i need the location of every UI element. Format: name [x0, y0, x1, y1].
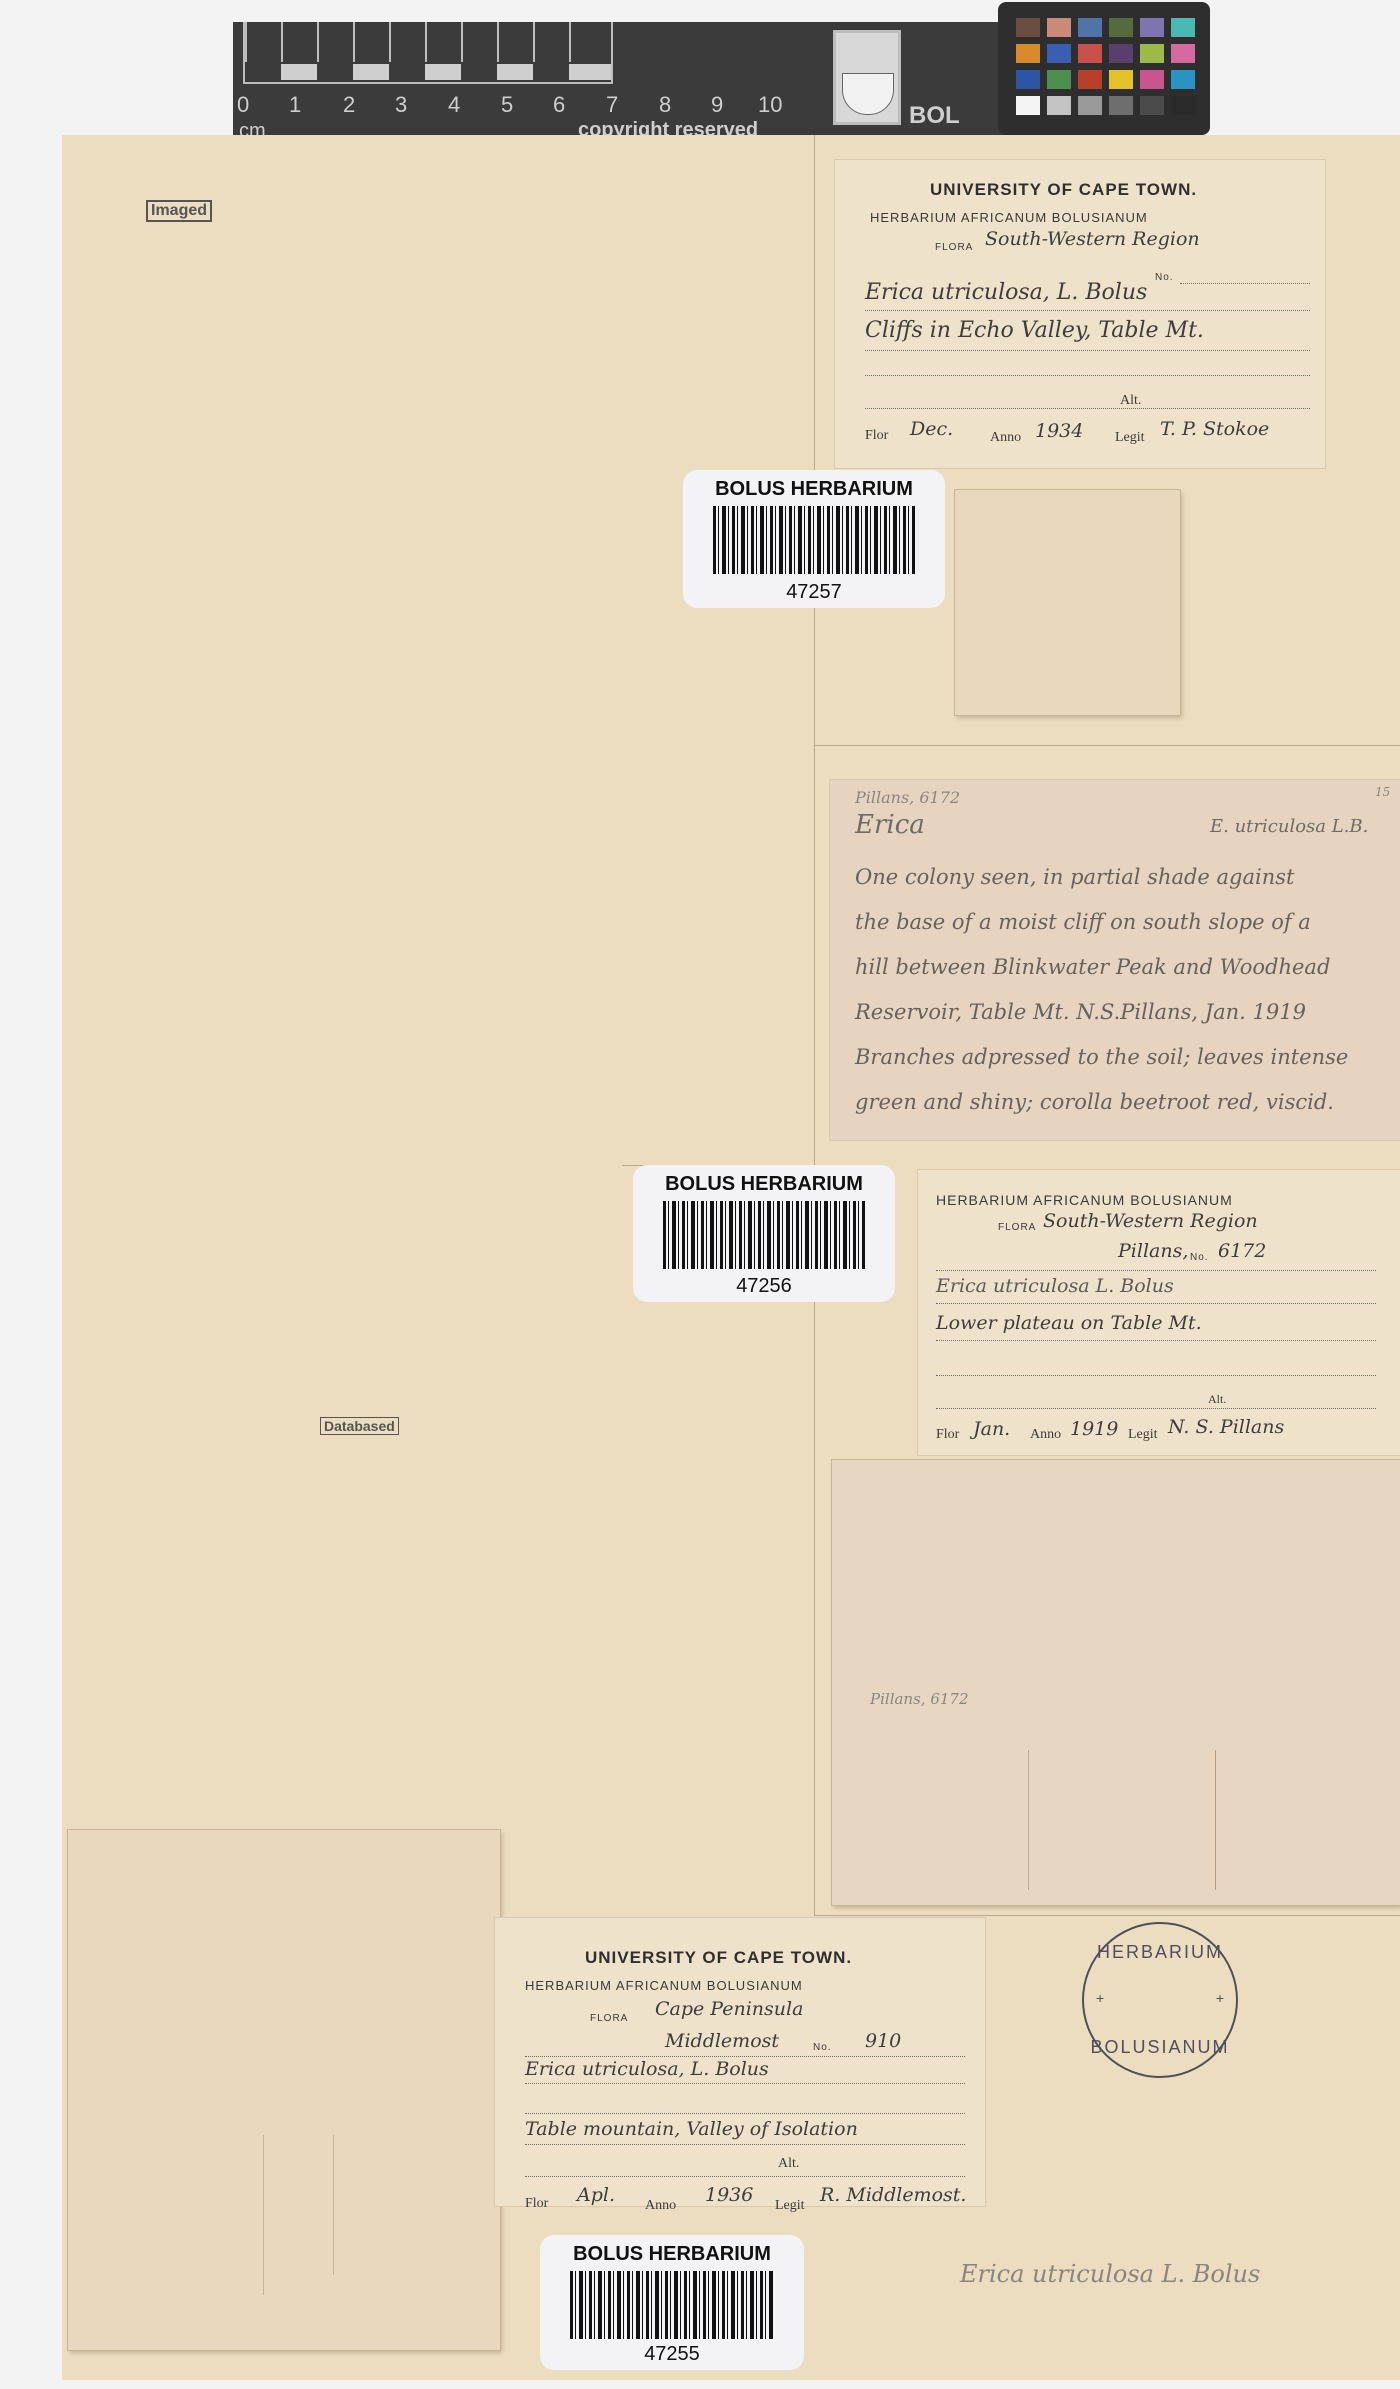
color-swatch	[1078, 18, 1102, 37]
color-swatch	[1171, 70, 1195, 89]
color-swatch	[1047, 44, 1071, 63]
ruler-number: 7	[606, 92, 618, 118]
year-value: 1936	[705, 2184, 753, 2206]
ruler-number: 9	[711, 92, 723, 118]
stamp-cross-icon: +	[1216, 1990, 1224, 2006]
barcode-title: BOLUS HERBARIUM	[540, 2243, 804, 2266]
year-value: 1919	[1070, 1418, 1118, 1440]
stamp-text-top: HERBARIUM	[1084, 1942, 1236, 1963]
fragment-packet[interactable]	[955, 490, 1180, 715]
institution-name: UNIVERSITY OF CAPE TOWN.	[930, 180, 1197, 200]
color-swatch	[1109, 18, 1133, 37]
color-swatch	[1171, 44, 1195, 63]
color-swatch	[1047, 70, 1071, 89]
flora-value: South-Western Region	[1043, 1210, 1258, 1232]
barcode-title: BOLUS HERBARIUM	[633, 1173, 895, 1196]
color-swatch	[1047, 18, 1071, 37]
specimen-label-middlemost: UNIVERSITY OF CAPE TOWN. HERBARIUM AFRIC…	[495, 1918, 985, 2206]
field-note-line: Reservoir, Table Mt. N.S.Pillans, Jan. 1…	[855, 1000, 1306, 1024]
locality: Cliffs in Echo Valley, Table Mt.	[865, 318, 1204, 343]
scale-ruler: 0 1 2 3 4 5 6 7 8 9 10 cm copyright rese…	[233, 22, 1008, 135]
taxon-name: Erica utriculosa, L. Bolus	[865, 280, 1147, 305]
large-packet[interactable]	[68, 1830, 500, 2350]
year-label: Anno	[1030, 1427, 1061, 1443]
altitude-label: Alt.	[1120, 393, 1141, 409]
barcode-label: BOLUS HERBARIUM 47257	[683, 470, 945, 608]
specimen-packet[interactable]: Pillans, 6172	[832, 1460, 1400, 1905]
barcode-number: 47256	[633, 1275, 895, 1298]
collector-name: T. P. Stokoe	[1160, 418, 1269, 440]
year-value: 1934	[1035, 420, 1083, 442]
number-label: No.	[1190, 1252, 1209, 1263]
ruler-number: 4	[448, 92, 460, 118]
ruler-number: 1	[289, 92, 301, 118]
packet-note: Pillans, 6172	[870, 1690, 969, 1708]
barcode-number: 47255	[540, 2343, 804, 2366]
color-swatch	[1171, 18, 1195, 37]
stamp-text-bottom: BOLUSIANUM	[1084, 2037, 1236, 2058]
specimen-label-stokoe: UNIVERSITY OF CAPE TOWN. HERBARIUM AFRIC…	[835, 160, 1325, 468]
field-note-genus: Erica	[855, 810, 925, 840]
year-label: Anno	[990, 430, 1021, 446]
ruler-number: 3	[395, 92, 407, 118]
field-notes-label: Pillans, 6172 15 Erica E. utriculosa L.B…	[830, 780, 1400, 1140]
flora-label: FLORA	[998, 1222, 1036, 1233]
ruler-number: 8	[659, 92, 671, 118]
taxon-name: Erica utriculosa, L. Bolus	[525, 2058, 769, 2080]
collector-name: N. S. Pillans	[1168, 1416, 1284, 1438]
barcode-number: 47257	[683, 581, 945, 604]
ruler-number: 0	[237, 92, 249, 118]
flora-value: South-Western Region	[985, 228, 1200, 250]
color-swatch	[1016, 18, 1040, 37]
field-note-line: the base of a moist cliff on south slope…	[855, 910, 1311, 934]
ruler-number: 6	[553, 92, 565, 118]
herbarium-name: HERBARIUM AFRICANUM BOLUSIANUM	[525, 1978, 803, 1993]
herbarium-name: HERBARIUM AFRICANUM BOLUSIANUM	[936, 1192, 1233, 1208]
color-swatch	[1078, 70, 1102, 89]
collector-prefix: Middlemost	[665, 2030, 779, 2052]
flowering-month: Apl.	[577, 2184, 615, 2206]
stamp-cross-icon: +	[1096, 1990, 1104, 2006]
color-swatch	[1016, 70, 1040, 89]
number-value: 910	[865, 2030, 901, 2052]
field-note-line: One colony seen, in partial shade agains…	[855, 865, 1294, 889]
color-swatch	[1171, 96, 1195, 115]
color-swatch	[1047, 96, 1071, 115]
barcode-icon	[713, 506, 915, 574]
color-swatch	[1140, 44, 1164, 63]
barcode-title: BOLUS HERBARIUM	[683, 478, 945, 501]
color-swatch	[1109, 44, 1133, 63]
color-swatch	[1109, 96, 1133, 115]
ruler-number: 5	[501, 92, 513, 118]
locality: Table mountain, Valley of Isolation	[525, 2118, 858, 2140]
locality: Lower plateau on Table Mt.	[936, 1312, 1202, 1334]
color-swatch	[1016, 96, 1040, 115]
color-swatch	[1016, 44, 1040, 63]
flora-label: FLORA	[935, 242, 973, 253]
number-label: No.	[1155, 272, 1174, 283]
field-note-determination: E. utriculosa L.B.	[1210, 816, 1368, 837]
altitude-label: Alt.	[778, 2156, 799, 2172]
collector-label: Legit	[775, 2198, 805, 2214]
collector-prefix: Pillans,	[1118, 1240, 1188, 1262]
flora-label: FLORA	[590, 2013, 628, 2024]
herbarium-name: HERBARIUM AFRICANUM BOLUSIANUM	[870, 210, 1148, 225]
flowering-label: Flor	[525, 2196, 548, 2212]
field-note-line: Branches adpressed to the soil; leaves i…	[855, 1045, 1348, 1069]
ruler-scale-bar	[243, 22, 613, 84]
flowering-label: Flor	[865, 428, 888, 444]
ruler-number: 2	[343, 92, 355, 118]
color-swatch	[1078, 44, 1102, 63]
collector-name: R. Middlemost.	[820, 2184, 966, 2206]
taxon-name: Erica utriculosa L. Bolus	[936, 1275, 1174, 1297]
field-note-ref: Pillans, 6172	[855, 788, 960, 807]
specimen-label-pillans: HERBARIUM AFRICANUM BOLUSIANUM FLORA Sou…	[918, 1170, 1400, 1455]
color-swatch	[1109, 70, 1133, 89]
collector-label: Legit	[1115, 430, 1145, 446]
flowering-month: Jan.	[973, 1418, 1010, 1440]
barcode-icon	[663, 1201, 865, 1269]
barcode-label: BOLUS HERBARIUM 47255	[540, 2235, 804, 2370]
institution-code: BOL	[909, 102, 960, 130]
institution-name: UNIVERSITY OF CAPE TOWN.	[585, 1948, 852, 1968]
number-label: No.	[813, 2042, 832, 2053]
barcode-icon	[570, 2271, 774, 2339]
barcode-label: BOLUS HERBARIUM 47256	[633, 1165, 895, 1302]
flora-value: Cape Peninsula	[655, 1998, 803, 2020]
color-swatch	[1140, 18, 1164, 37]
color-swatch	[1140, 70, 1164, 89]
year-label: Anno	[645, 2198, 676, 2214]
flowering-label: Flor	[936, 1427, 959, 1443]
color-swatch	[1078, 96, 1102, 115]
color-swatch	[1140, 96, 1164, 115]
field-note-line: green and shiny; corolla beetroot red, v…	[855, 1090, 1334, 1114]
imaged-stamp: Imaged	[146, 200, 212, 222]
collector-label: Legit	[1128, 1427, 1158, 1443]
flowering-month: Dec.	[910, 418, 953, 440]
databased-stamp: Databased	[320, 1417, 399, 1435]
ruler-number: 10	[758, 92, 782, 118]
herbarium-bolusianum-stamp: HERBARIUM + + BOLUSIANUM	[1082, 1922, 1238, 2078]
altitude-label: Alt.	[1208, 1392, 1226, 1407]
field-note-line: hill between Blinkwater Peak and Woodhea…	[855, 955, 1330, 979]
number-value: 6172	[1218, 1240, 1266, 1262]
pencil-determination: Erica utriculosa L. Bolus	[960, 2260, 1260, 2288]
color-calibration-chart	[998, 2, 1210, 135]
university-crest-icon	[833, 30, 901, 125]
corner-mark: 15	[1375, 785, 1390, 799]
